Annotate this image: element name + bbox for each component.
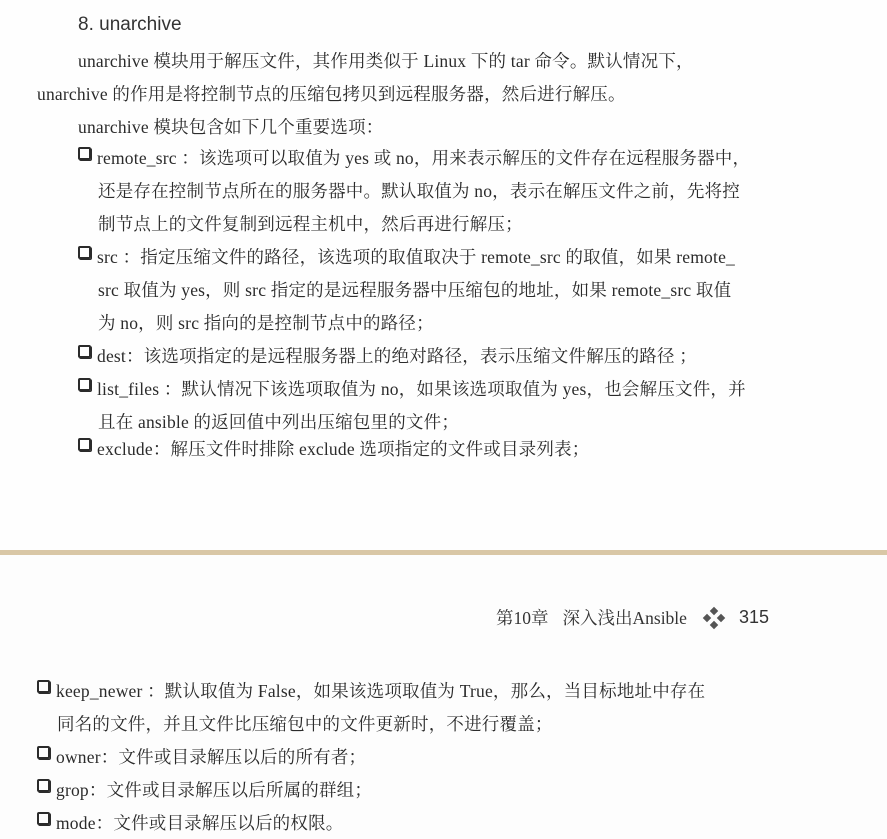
option-line: 还是存在控制节点所在的服务器中。默认取值为 no，表示在解压文件之前，先将控 xyxy=(78,175,858,208)
option-grop: grop：文件或目录解压以后所属的群组； xyxy=(37,774,817,807)
option-line: 制节点上的文件复制到远程主机中，然后再进行解压； xyxy=(78,208,858,241)
option-line: owner：文件或目录解压以后的所有者； xyxy=(56,741,366,774)
option-src: src ：指定压缩文件的路径，该选项的取值取决于 remote_src 的取值，… xyxy=(78,241,858,340)
checkbox-bullet-icon xyxy=(78,438,91,451)
option-line: exclude：解压文件时排除 exclude 选项指定的文件或目录列表； xyxy=(97,433,589,466)
option-line: src 取值为 yes，则 src 指定的是远程服务器中压缩包的地址，如果 re… xyxy=(78,274,858,307)
option-dest: dest：该选项指定的是远程服务器上的绝对路径，表示压缩文件解压的路径 ； xyxy=(78,340,858,373)
checkbox-bullet-icon xyxy=(37,812,50,825)
checkbox-bullet-icon xyxy=(37,680,50,693)
intro-line-1: unarchive 模块用于解压文件，其作用类似于 Linux 下的 tar 命… xyxy=(78,48,694,73)
diamond-ornament-icon xyxy=(703,607,725,629)
intro-line-2: unarchive 的作用是将控制节点的压缩包拷贝到远程服务器，然后进行解压。 xyxy=(37,81,626,106)
option-keep-newer: keep_newer ：默认取值为 False，如果该选项取值为 True，那么… xyxy=(37,675,857,741)
chapter-label: 第10章 xyxy=(496,605,549,630)
option-mode: mode：文件或目录解压以后的权限。 xyxy=(37,807,817,839)
checkbox-bullet-icon xyxy=(78,246,91,259)
section-heading: 8. unarchive xyxy=(78,14,182,36)
page-number: 315 xyxy=(739,607,769,628)
option-line: list_files ：默认情况下该选项取值为 no，如果该选项取值为 yes，… xyxy=(97,373,746,406)
checkbox-bullet-icon xyxy=(78,345,91,358)
option-line: dest：该选项指定的是远程服务器上的绝对路径，表示压缩文件解压的路径 ； xyxy=(97,340,697,373)
checkbox-bullet-icon xyxy=(78,147,91,160)
option-owner: owner：文件或目录解压以后的所有者； xyxy=(37,741,817,774)
option-line: remote_src ：该选项可以取值为 yes 或 no，用来表示解压的文件存… xyxy=(97,142,750,175)
option-line: 同名的文件，并且文件比压缩包中的文件更新时，不进行覆盖； xyxy=(37,708,857,741)
option-list-files: list_files ：默认情况下该选项取值为 no，如果该选项取值为 yes，… xyxy=(78,373,858,439)
option-line: keep_newer ：默认取值为 False，如果该选项取值为 True，那么… xyxy=(56,675,705,708)
checkbox-bullet-icon xyxy=(37,746,50,759)
option-exclude: exclude：解压文件时排除 exclude 选项指定的文件或目录列表； xyxy=(78,433,858,466)
option-line: 为 no，则 src 指向的是控制节点中的路径； xyxy=(78,307,858,340)
options-intro: unarchive 模块包含如下几个重要选项： xyxy=(78,114,383,139)
book-title: 深入浅出Ansible xyxy=(563,605,687,630)
option-line: grop：文件或目录解压以后所属的群组； xyxy=(56,774,372,807)
running-header: 第10章 深入浅出Ansible 315 xyxy=(496,605,769,630)
checkbox-bullet-icon xyxy=(37,779,50,792)
option-remote-src: remote_src ：该选项可以取值为 yes 或 no，用来表示解压的文件存… xyxy=(78,142,858,241)
option-line: src ：指定压缩文件的路径，该选项的取值取决于 remote_src 的取值，… xyxy=(97,241,735,274)
checkbox-bullet-icon xyxy=(78,378,91,391)
option-line: mode：文件或目录解压以后的权限。 xyxy=(56,807,343,839)
